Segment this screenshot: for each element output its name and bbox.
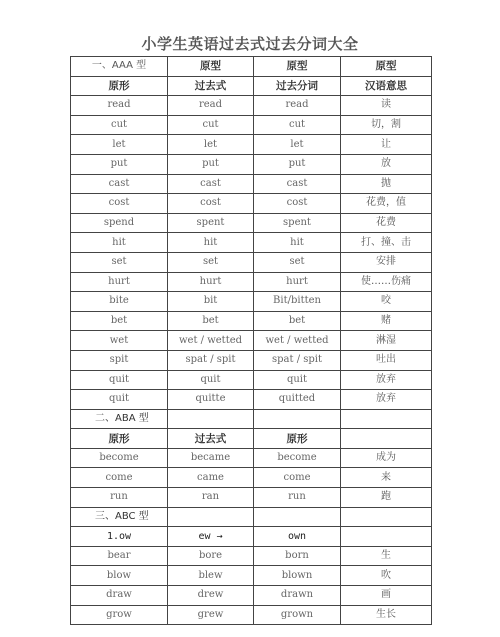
word-cell: bite: [71, 292, 168, 312]
table-row: bitebitBit/bitten咬: [71, 292, 432, 312]
meaning-cell: 抛: [341, 174, 432, 194]
meaning-cell: 赌: [341, 311, 432, 331]
section-header-aaa-cell: 原型: [254, 57, 341, 77]
table-row: spendspentspent花费: [71, 213, 432, 233]
column-header-row-cell: 原形: [254, 429, 341, 449]
table-row: drawdrewdrawn画: [71, 586, 432, 606]
word-cell: hurt: [254, 272, 341, 292]
pattern-subheader-row-cell: ew →: [168, 527, 254, 547]
column-header-row-cell: 汉语意思: [341, 76, 432, 96]
meaning-cell: 画: [341, 586, 432, 606]
word-cell: hit: [71, 233, 168, 253]
table-row: castcastcast抛: [71, 174, 432, 194]
word-cell: blown: [254, 566, 341, 586]
word-cell: grow: [71, 605, 168, 625]
section-header-aaa-cell: 原型: [341, 57, 432, 77]
column-header-row-cell: 过去式: [168, 76, 254, 96]
word-cell: put: [254, 154, 341, 174]
meaning-cell: 跑: [341, 488, 432, 508]
pattern-subheader-row-cell: 1.ow: [71, 527, 168, 547]
word-cell: drew: [168, 586, 254, 606]
meaning-cell: 让: [341, 135, 432, 155]
section-header-abc: 三、ABC 型: [71, 507, 432, 527]
section-header-abc-cell: [168, 507, 254, 527]
column-header-row-cell: 原形: [71, 76, 168, 96]
word-cell: blow: [71, 566, 168, 586]
meaning-cell: 切，割: [341, 115, 432, 135]
meaning-cell: 生长: [341, 605, 432, 625]
word-cell: let: [254, 135, 341, 155]
table-row: becomebecamebecome成为: [71, 448, 432, 468]
table-row: growgrewgrown生长: [71, 605, 432, 625]
table-row: spitspat / spitspat / spit吐出: [71, 350, 432, 370]
word-cell: cost: [254, 194, 341, 214]
meaning-cell: 成为: [341, 448, 432, 468]
meaning-cell: 淋湿: [341, 331, 432, 351]
word-cell: bore: [168, 546, 254, 566]
word-cell: read: [168, 96, 254, 116]
word-cell: quit: [71, 390, 168, 410]
table-row: bearboreborn生: [71, 546, 432, 566]
section-header-aba-cell: [341, 409, 432, 429]
section-header-aaa: 一、AAA 型原型原型原型: [71, 57, 432, 77]
pattern-subheader-row-cell: [341, 527, 432, 547]
table-row: quitquittequitted放弃: [71, 390, 432, 410]
column-header-row-cell: 过去式: [168, 429, 254, 449]
word-cell: quitted: [254, 390, 341, 410]
table-row: runranrun跑: [71, 488, 432, 508]
meaning-cell: 读: [341, 96, 432, 116]
section-header-abc-cell: [341, 507, 432, 527]
word-cell: spat / spit: [168, 350, 254, 370]
word-cell: bet: [254, 311, 341, 331]
word-cell: read: [254, 96, 341, 116]
word-cell: hurt: [71, 272, 168, 292]
word-cell: cut: [254, 115, 341, 135]
word-cell: bit: [168, 292, 254, 312]
word-cell: run: [71, 488, 168, 508]
word-cell: became: [168, 448, 254, 468]
word-cell: read: [71, 96, 168, 116]
word-cell: hurt: [168, 272, 254, 292]
section-header-aba-cell: [254, 409, 341, 429]
section-header-abc-cell: 三、ABC 型: [71, 507, 168, 527]
word-cell: let: [168, 135, 254, 155]
word-cell: spent: [254, 213, 341, 233]
meaning-cell: 放弃: [341, 390, 432, 410]
section-header-aba: 二、ABA 型: [71, 409, 432, 429]
word-cell: spit: [71, 350, 168, 370]
table-row: setsetset安排: [71, 252, 432, 272]
meaning-cell: 吹: [341, 566, 432, 586]
meaning-cell: 安排: [341, 252, 432, 272]
table-row: hithithit打、撞、击: [71, 233, 432, 253]
table-row: cutcutcut切，割: [71, 115, 432, 135]
word-cell: quit: [254, 370, 341, 390]
word-cell: run: [254, 488, 341, 508]
word-cell: born: [254, 546, 341, 566]
meaning-cell: 咬: [341, 292, 432, 312]
word-cell: wet / wetted: [254, 331, 341, 351]
word-cell: wet / wetted: [168, 331, 254, 351]
word-cell: ran: [168, 488, 254, 508]
word-cell: hit: [254, 233, 341, 253]
meaning-cell: 吐出: [341, 350, 432, 370]
word-cell: cast: [254, 174, 341, 194]
table-row: readreadread读: [71, 96, 432, 116]
word-cell: cut: [71, 115, 168, 135]
table-row: letletlet让: [71, 135, 432, 155]
word-cell: quit: [71, 370, 168, 390]
word-cell: cast: [168, 174, 254, 194]
table-row: costcostcost花费，值: [71, 194, 432, 214]
word-cell: come: [254, 468, 341, 488]
meaning-cell: 打、撞、击: [341, 233, 432, 253]
word-cell: hit: [168, 233, 254, 253]
column-header-row: 原形过去式过去分词汉语意思: [71, 76, 432, 96]
word-cell: wet: [71, 331, 168, 351]
table-row: comecamecome来: [71, 468, 432, 488]
word-cell: become: [254, 448, 341, 468]
word-cell: become: [71, 448, 168, 468]
word-cell: draw: [71, 586, 168, 606]
word-cell: spend: [71, 213, 168, 233]
word-cell: bet: [71, 311, 168, 331]
table-row: betbetbet赌: [71, 311, 432, 331]
word-cell: bear: [71, 546, 168, 566]
word-cell: set: [254, 252, 341, 272]
word-cell: spat / spit: [254, 350, 341, 370]
table-row: hurthurthurt使……伤痛: [71, 272, 432, 292]
word-cell: cut: [168, 115, 254, 135]
section-header-aba-cell: 二、ABA 型: [71, 409, 168, 429]
word-cell: set: [71, 252, 168, 272]
section-header-aaa-cell: 一、AAA 型: [71, 57, 168, 77]
word-cell: set: [168, 252, 254, 272]
meaning-cell: 花费: [341, 213, 432, 233]
word-cell: let: [71, 135, 168, 155]
column-header-row-cell: 过去分词: [254, 76, 341, 96]
word-cell: came: [168, 468, 254, 488]
meaning-cell: 放: [341, 154, 432, 174]
word-cell: drawn: [254, 586, 341, 606]
word-cell: come: [71, 468, 168, 488]
word-cell: grown: [254, 605, 341, 625]
pattern-subheader-row-cell: own: [254, 527, 341, 547]
table-row: wetwet / wettedwet / wetted淋湿: [71, 331, 432, 351]
meaning-cell: 放弃: [341, 370, 432, 390]
word-cell: spent: [168, 213, 254, 233]
word-cell: grew: [168, 605, 254, 625]
word-cell: cost: [71, 194, 168, 214]
pattern-subheader-row: 1.owew →own: [71, 527, 432, 547]
meaning-cell: 花费，值: [341, 194, 432, 214]
column-header-row-cell: [341, 429, 432, 449]
word-cell: Bit/bitten: [254, 292, 341, 312]
word-cell: cast: [71, 174, 168, 194]
word-cell: put: [168, 154, 254, 174]
table-row: quitquitquit放弃: [71, 370, 432, 390]
meaning-cell: 生: [341, 546, 432, 566]
meaning-cell: 使……伤痛: [341, 272, 432, 292]
verb-forms-table: 一、AAA 型原型原型原型原形过去式过去分词汉语意思readreadread读c…: [70, 56, 432, 625]
document-title: 小学生英语过去式过去分词大全: [0, 33, 500, 54]
table-row: blowblewblown吹: [71, 566, 432, 586]
section-header-aaa-cell: 原型: [168, 57, 254, 77]
word-cell: quitte: [168, 390, 254, 410]
word-cell: blew: [168, 566, 254, 586]
column-header-row: 原形过去式原形: [71, 429, 432, 449]
section-header-aba-cell: [168, 409, 254, 429]
word-cell: put: [71, 154, 168, 174]
word-cell: bet: [168, 311, 254, 331]
section-header-abc-cell: [254, 507, 341, 527]
word-cell: quit: [168, 370, 254, 390]
word-cell: cost: [168, 194, 254, 214]
meaning-cell: 来: [341, 468, 432, 488]
column-header-row-cell: 原形: [71, 429, 168, 449]
table-row: putputput放: [71, 154, 432, 174]
